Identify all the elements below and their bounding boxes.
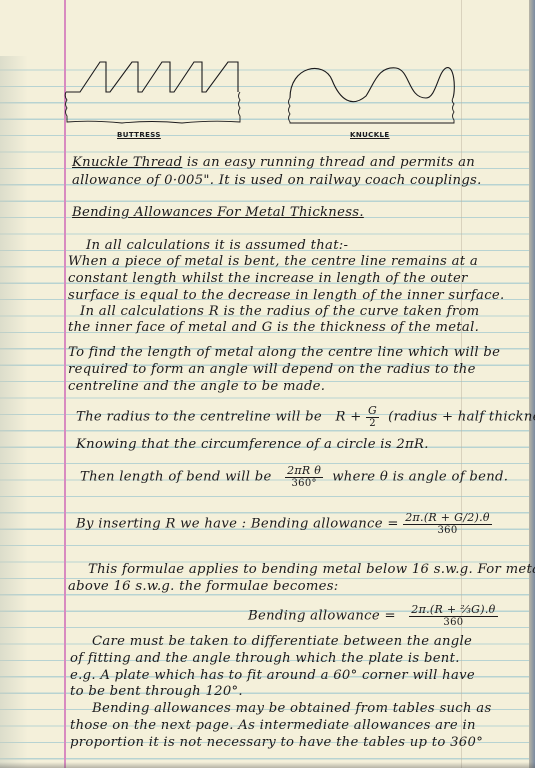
knuckle-thread-heading: Knuckle Thread bbox=[72, 155, 182, 170]
radius-note: (radius + half thickness) bbox=[388, 410, 535, 425]
buttress-caption: BUTTRESS bbox=[117, 131, 161, 139]
bend-length-text: Then length of bend will be bbox=[80, 470, 272, 485]
care-line: e.g. A plate which has to fit around a 6… bbox=[70, 668, 475, 685]
radius-fraction: G 2 bbox=[366, 404, 379, 430]
bend-length-line: Then length of bend will be 2πR θ 360° w… bbox=[80, 464, 508, 490]
radius-formula-left: R + bbox=[335, 410, 361, 425]
tables-line: those on the next page. As intermediate … bbox=[70, 718, 476, 735]
knuckle-thread-text: is an easy running thread and permits an bbox=[187, 155, 475, 170]
bend-length-frac-num: 2πR θ bbox=[285, 464, 323, 478]
intro-line: In all calculations it is assumed that:- bbox=[86, 238, 348, 255]
knuckle-thread-diagram bbox=[286, 58, 456, 128]
assumption-line: the inner face of metal and G is the thi… bbox=[68, 320, 479, 337]
assumption-line: In all calculations R is the radius of t… bbox=[80, 304, 480, 321]
buttress-thread-diagram bbox=[62, 58, 242, 128]
inserting-line: By inserting R we have : Bending allowan… bbox=[76, 511, 492, 537]
care-line: Care must be taken to differentiate betw… bbox=[92, 634, 472, 651]
inserting-fraction: 2π.(R + G/2).θ 360 bbox=[403, 511, 492, 537]
above16-text: Bending allowance = bbox=[248, 609, 396, 624]
care-line: to be bent through 120°. bbox=[70, 684, 243, 701]
applies-line: This formulae applies to bending metal b… bbox=[88, 562, 535, 579]
bend-length-fraction: 2πR θ 360° bbox=[285, 464, 323, 490]
above16-frac-den: 360 bbox=[409, 617, 497, 629]
page-edge bbox=[529, 0, 535, 768]
inserting-frac-den: 360 bbox=[403, 525, 492, 537]
circumference-line: Knowing that the circumference of a circ… bbox=[76, 437, 429, 454]
applies-line: above 16 s.w.g. the formulae becomes: bbox=[68, 579, 339, 596]
inserting-text: By inserting R we have : Bending allowan… bbox=[76, 517, 399, 532]
above16-fraction: 2π.(R + ⅔G).θ 360 bbox=[409, 603, 497, 629]
tables-line: Bending allowances may be obtained from … bbox=[92, 701, 492, 718]
knuckle-thread-line-2: allowance of 0·005". It is used on railw… bbox=[72, 173, 482, 190]
inserting-frac-num: 2π.(R + G/2).θ bbox=[403, 511, 492, 525]
find-line: required to form an angle will depend on… bbox=[68, 362, 476, 379]
bend-length-note: where θ is angle of bend. bbox=[332, 470, 508, 485]
page-top-blank bbox=[0, 0, 535, 56]
radius-line: The radius to the centreline will be R +… bbox=[76, 404, 535, 430]
radius-frac-den: 2 bbox=[366, 418, 379, 430]
above16-frac-num: 2π.(R + ⅔G).θ bbox=[409, 603, 497, 617]
page-bottom-shadow bbox=[0, 762, 535, 768]
above16-line: Bending allowance = 2π.(R + ⅔G).θ 360 bbox=[248, 603, 498, 629]
assumption-line: When a piece of metal is bent, the centr… bbox=[68, 254, 478, 271]
care-line: of fitting and the angle through which t… bbox=[70, 651, 460, 668]
tables-line: proportion it is not necessary to have t… bbox=[70, 735, 483, 752]
find-line: To find the length of metal along the ce… bbox=[68, 345, 500, 362]
assumption-line: surface is equal to the decrease in leng… bbox=[68, 288, 505, 305]
right-rule bbox=[461, 0, 462, 768]
radius-frac-num: G bbox=[366, 404, 379, 418]
knuckle-thread-line-1: Knuckle Thread is an easy running thread… bbox=[72, 155, 475, 172]
knuckle-caption: KNUCKLE bbox=[350, 131, 390, 139]
find-line: centreline and the angle to be made. bbox=[68, 379, 325, 396]
radius-text: The radius to the centreline will be bbox=[76, 410, 322, 425]
bending-heading: Bending Allowances For Metal Thickness. bbox=[72, 205, 364, 222]
assumption-line: constant length whilst the increase in l… bbox=[68, 271, 468, 288]
bend-length-frac-den: 360° bbox=[285, 478, 323, 490]
